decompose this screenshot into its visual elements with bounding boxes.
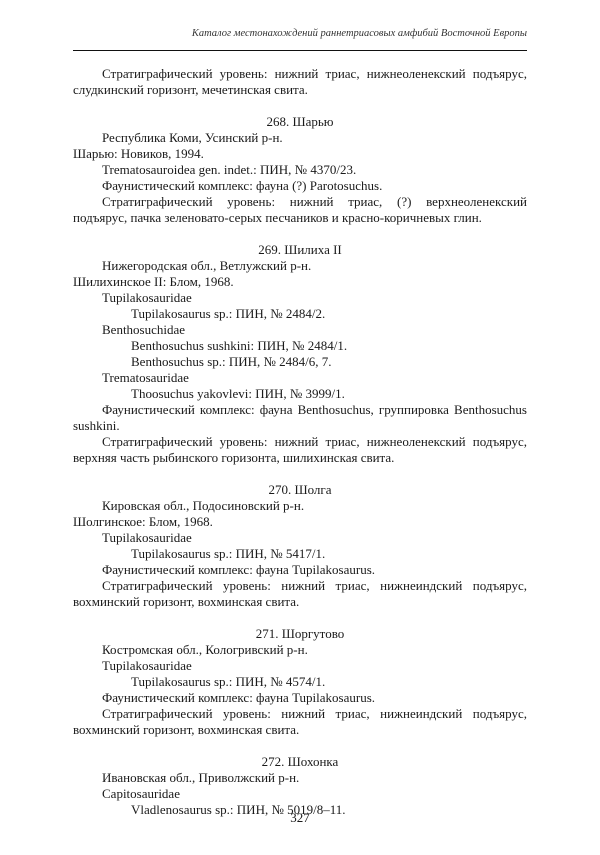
faunal-complex: Фаунистический комплекс: фауна Tupilakos… xyxy=(73,690,527,706)
header-rule xyxy=(73,50,527,51)
intro-strat-paragraph: Стратиграфический уровень: нижний триас,… xyxy=(73,66,527,98)
taxon-family: Tupilakosauridae xyxy=(73,290,527,306)
stratigraphic-level: Стратиграфический уровень: нижний триас,… xyxy=(73,578,527,610)
locality-source: Шолгинское: Блом, 1968. xyxy=(73,514,527,530)
locality-title: 269. Шилиха II xyxy=(73,242,527,258)
faunal-complex: Фаунистический комплекс: фауна Tupilakos… xyxy=(73,562,527,578)
locality-region: Ивановская обл., Приволжский р-н. xyxy=(73,770,527,786)
stratigraphic-level: Стратиграфический уровень: нижний триас,… xyxy=(73,194,527,226)
stratigraphic-level: Стратиграфический уровень: нижний триас,… xyxy=(73,706,527,738)
taxon-specimen: Thoosuchus yakovlevi: ПИН, № 3999/1. xyxy=(73,386,527,402)
running-header: Каталог местонахождений раннетриасовых а… xyxy=(73,28,527,39)
taxon-family: Capitosauridae xyxy=(73,786,527,802)
locality-region: Республика Коми, Усинский р-н. xyxy=(73,130,527,146)
taxon-specimen: Tupilakosaurus sp.: ПИН, № 4574/1. xyxy=(73,674,527,690)
taxon-specimen: Benthosuchus sushkini: ПИН, № 2484/1. xyxy=(73,338,527,354)
taxon-specimen: Benthosuchus sp.: ПИН, № 2484/6, 7. xyxy=(73,354,527,370)
locality-entry: 271. ШоргутовоКостромская обл., Кологрив… xyxy=(73,626,527,738)
taxon-specimen: Tupilakosaurus sp.: ПИН, № 5417/1. xyxy=(73,546,527,562)
taxon-family: Tupilakosauridae xyxy=(73,530,527,546)
faunal-complex: Фаунистический комплекс: фауна (?) Parot… xyxy=(73,178,527,194)
locality-title: 271. Шоргутово xyxy=(73,626,527,642)
stratigraphic-level: Стратиграфический уровень: нижний триас,… xyxy=(73,434,527,466)
page-number: 327 xyxy=(0,810,600,826)
locality-entry: 269. Шилиха IIНижегородская обл., Ветлуж… xyxy=(73,242,527,466)
locality-entry: 272. ШохонкаИвановская обл., Приволжский… xyxy=(73,754,527,818)
taxon-family: Tupilakosauridae xyxy=(73,658,527,674)
taxon-specimen: Tupilakosaurus sp.: ПИН, № 2484/2. xyxy=(73,306,527,322)
locality-source: Шилихинское II: Блом, 1968. xyxy=(73,274,527,290)
page-content: Стратиграфический уровень: нижний триас,… xyxy=(73,66,527,818)
locality-region: Нижегородская обл., Ветлужский р-н. xyxy=(73,258,527,274)
taxon-family: Trematosauroidea gen. indet.: ПИН, № 437… xyxy=(73,162,527,178)
locality-title: 272. Шохонка xyxy=(73,754,527,770)
taxon-family: Benthosuchidae xyxy=(73,322,527,338)
taxon-family: Trematosauridae xyxy=(73,370,527,386)
locality-title: 268. Шарью xyxy=(73,114,527,130)
locality-title: 270. Шолга xyxy=(73,482,527,498)
faunal-complex: Фаунистический комплекс: фауна Benthosuc… xyxy=(73,402,527,434)
locality-region: Костромская обл., Кологривский р-н. xyxy=(73,642,527,658)
locality-entry: 268. ШарьюРеспублика Коми, Усинский р-н.… xyxy=(73,114,527,226)
locality-source: Шарью: Новиков, 1994. xyxy=(73,146,527,162)
entries-list: 268. ШарьюРеспублика Коми, Усинский р-н.… xyxy=(73,114,527,818)
locality-entry: 270. ШолгаКировская обл., Подосиновский … xyxy=(73,482,527,610)
locality-region: Кировская обл., Подосиновский р-н. xyxy=(73,498,527,514)
